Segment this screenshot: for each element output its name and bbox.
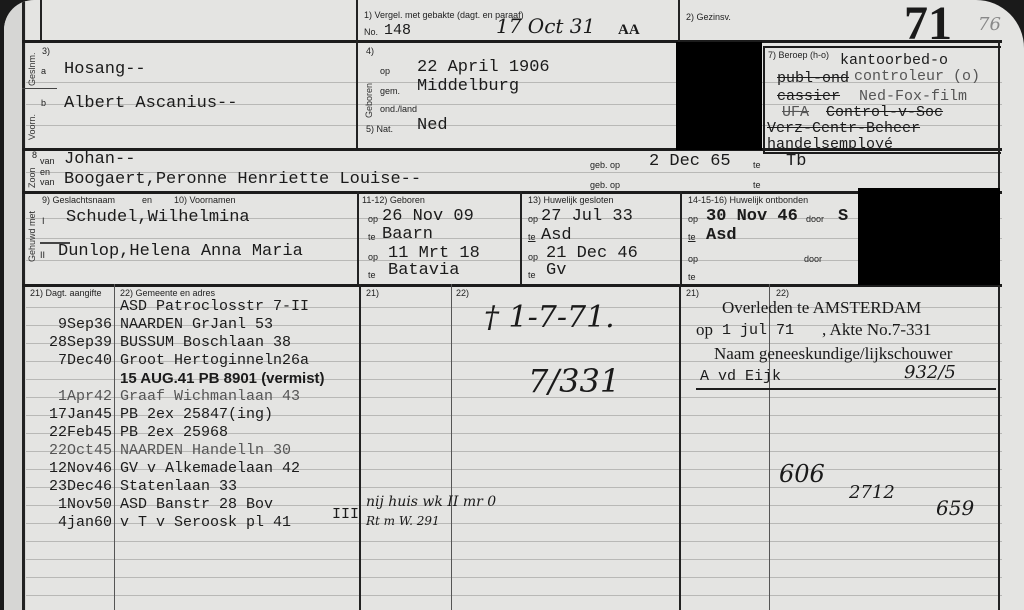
address-entry: BUSSUM Boschlaan 38 (120, 334, 360, 352)
spouse-1-birth-date: 26 Nov 09 (382, 207, 474, 226)
occupation-struck: cassier (777, 88, 840, 105)
father-name: Johan-- (64, 150, 135, 169)
card-number: 71 (904, 0, 952, 51)
marriage-1-date: 27 Jul 33 (541, 207, 633, 226)
mother-geb-op-label: geb. op (590, 180, 620, 190)
address-entry: ASD Patroclosstr 7-II (120, 298, 360, 316)
birth-section-number: 4) (366, 46, 374, 56)
act-note: 7/331 (528, 362, 620, 400)
father-van-label: van (40, 156, 55, 166)
op-label: op (528, 252, 538, 262)
occupation-label: 7) Beroep (h-o) (768, 50, 829, 60)
name-section-number: 3) (42, 46, 50, 56)
marriage-label: 13) Huwelijk gesloten (528, 195, 614, 205)
occupation-struck: publ-ond (777, 70, 849, 87)
physician-code: 932/5 (904, 362, 956, 383)
address-date: 17Jan45 (28, 406, 112, 424)
address-date-label: 21) Dagt. aangifte (30, 288, 102, 298)
door-label: door (806, 214, 824, 224)
spouse-surname-label: 9) Geslachtsnaam (42, 195, 115, 205)
given-names: Albert Ascanius-- (64, 94, 237, 113)
address-date: 22Feb45 (28, 424, 112, 442)
redaction-block (676, 42, 762, 150)
surname-marker: a (41, 66, 46, 76)
spouse-1-name: Schudel,Wilhelmina (66, 208, 250, 227)
occupation-struck: Control-v-Soc (826, 104, 943, 121)
address-date: 23Dec46 (28, 478, 112, 496)
death-date: 1 jul 71 (722, 322, 794, 339)
address-entry: v T v Seroosk pl 41 (120, 514, 360, 532)
surname-side-label: Geslnm. (27, 52, 37, 86)
registry-number: 2712 (849, 482, 895, 503)
address-date: 28Sep39 (28, 334, 112, 352)
occupation-current-line: handelsemployé (767, 136, 893, 153)
occupation-struck: Verz-Centr-Beheer (767, 120, 920, 137)
op-label: op (688, 254, 698, 264)
father-te-label: te (753, 160, 761, 170)
address-entry: PB 2ex 25847(ing) (120, 406, 360, 424)
father-birth-place: Tb (786, 152, 806, 171)
registry-number: 606 (779, 460, 825, 488)
address-entry: ASD Banstr 28 Bov (120, 496, 360, 514)
occupation-line: controleur (o) (854, 68, 980, 85)
birth-date: 22 April 1906 (417, 58, 550, 77)
col22-right-label: 22) (776, 288, 789, 298)
address-date: 4jan60 (28, 514, 112, 532)
spouse-born-label: 11-12) Geboren (362, 195, 425, 205)
person-registration-card: 1) Vergel. met gebakte (dagt. en paraaf)… (4, 0, 1024, 610)
dissolved-1-by: S (838, 207, 848, 226)
verification-date: 17 Oct 31 (496, 14, 595, 38)
spouse-1-birth-place: Baarn (382, 225, 433, 244)
parents-en-label: en (40, 167, 50, 177)
spouse-marker: I (42, 216, 45, 226)
address-dates: 9Sep36 28Sep39 7Dec40 1Apr42 17Jan45 22F… (28, 298, 112, 532)
nationality-label: 5) Nat. (366, 124, 393, 134)
address-entry: Graaf Wichmanlaan 43 (120, 388, 360, 406)
op-label: op (528, 214, 538, 224)
verification-number: 148 (384, 22, 411, 39)
address-date (28, 298, 112, 316)
dissolved-label: 14-15-16) Huwelijk ontbonden (688, 195, 808, 205)
given-marker: b (41, 98, 46, 108)
roman-numeral-note: III (332, 506, 359, 523)
surname: Hosang-- (64, 60, 146, 79)
gezinsv-label: 2) Gezinsv. (686, 12, 731, 22)
physician-label: Naam geneeskundige/lijkschouwer (714, 344, 952, 364)
te-label: te (528, 232, 536, 242)
address-date: 1Apr42 (28, 388, 112, 406)
birth-side-label: Geboren (364, 83, 374, 118)
akte-number: , Akte No.7-331 (822, 320, 932, 340)
parents-section-number: 8 (32, 150, 37, 160)
birth-op-label: op (380, 66, 390, 76)
mother-name: Boogaert,Peronne Henriette Louise-- (64, 170, 421, 189)
birth-ond-label: ond./land (380, 104, 417, 114)
father-geb-op-label: geb. op (590, 160, 620, 170)
verification-initials: AA (618, 22, 640, 39)
address-entry: Statenlaan 33 (120, 478, 360, 496)
marriage-1-place: Asd (541, 226, 572, 245)
door-label: door (804, 254, 822, 264)
address-entry: PB 2ex 25968 (120, 424, 360, 442)
dissolved-1-date: 30 Nov 46 (706, 207, 798, 226)
col21-label: 21) (366, 288, 379, 298)
handwritten-note-1: nij huis wk II mr 0 (366, 494, 496, 510)
mother-te-label: te (753, 180, 761, 190)
te-label: te (688, 272, 696, 282)
corner-note: 76 (978, 14, 1001, 35)
op-label: op (688, 214, 698, 224)
marriage-2-place: Gv (546, 261, 566, 280)
mother-van-label: van (40, 177, 55, 187)
address-entry: Groot Hertoginneln26a (120, 352, 360, 370)
death-note: † 1-7-71. (484, 300, 615, 335)
birth-place: Middelburg (417, 77, 519, 96)
occupation-struck: UFA (782, 104, 809, 121)
birth-gem-label: gem. (380, 86, 400, 96)
occupation-line: Ned-Fox-film (859, 88, 967, 105)
nationality: Ned (417, 116, 448, 135)
address-date: 22Oct45 (28, 442, 112, 460)
death-stamp-op: op (696, 320, 713, 340)
address-entry: NAARDEN Handelln 30 (120, 442, 360, 460)
op-label: op (368, 252, 378, 262)
col21-right-label: 21) (686, 288, 699, 298)
address-entry: NAARDEN GrJanl 53 (120, 316, 360, 334)
dissolved-1-place: Asd (706, 226, 737, 245)
col22-label: 22) (456, 288, 469, 298)
address-date: 7Dec40 (28, 352, 112, 370)
marriages-side-label: Gehuwd met (27, 211, 37, 262)
address-label: 22) Gemeente en adres (120, 288, 215, 298)
address-entry-stamp: 15 AUG.41 PB 8901 (vermist) (120, 370, 360, 388)
death-stamp-line1: Overleden te AMSTERDAM (722, 298, 921, 318)
address-list: ASD Patroclosstr 7-II NAARDEN GrJanl 53 … (120, 298, 360, 532)
spouse-marker: II (40, 250, 45, 260)
address-date (28, 370, 112, 388)
te-label: te (368, 232, 376, 242)
spouse-2-birth-place: Batavia (388, 261, 459, 280)
spouse-en-label: en (142, 195, 152, 205)
father-birth-date: 2 Dec 65 (649, 152, 731, 171)
given-side-label: Voorn. (27, 114, 37, 140)
address-date: 12Nov46 (28, 460, 112, 478)
te-label: te (528, 270, 536, 280)
parents-side-label: Zoon (27, 167, 37, 188)
op-label: op (368, 214, 378, 224)
occupation-current: kantoorbed-o (840, 52, 948, 69)
te-label: te (368, 270, 376, 280)
address-date: 9Sep36 (28, 316, 112, 334)
physician-name: A vd Eijk (700, 368, 781, 385)
spouse-given-label: 10) Voornamen (174, 195, 236, 205)
verification-no-label: No. (364, 27, 378, 37)
te-label: te (688, 232, 696, 242)
address-entry: GV v Alkemadelaan 42 (120, 460, 360, 478)
address-date: 1Nov50 (28, 496, 112, 514)
handwritten-note-2: Rt m W. 291 (366, 514, 440, 528)
spouse-2-name: Dunlop,Helena Anna Maria (58, 242, 303, 261)
redaction-block (858, 188, 1000, 285)
registry-number: 659 (936, 496, 974, 520)
card-left-border (22, 0, 25, 610)
